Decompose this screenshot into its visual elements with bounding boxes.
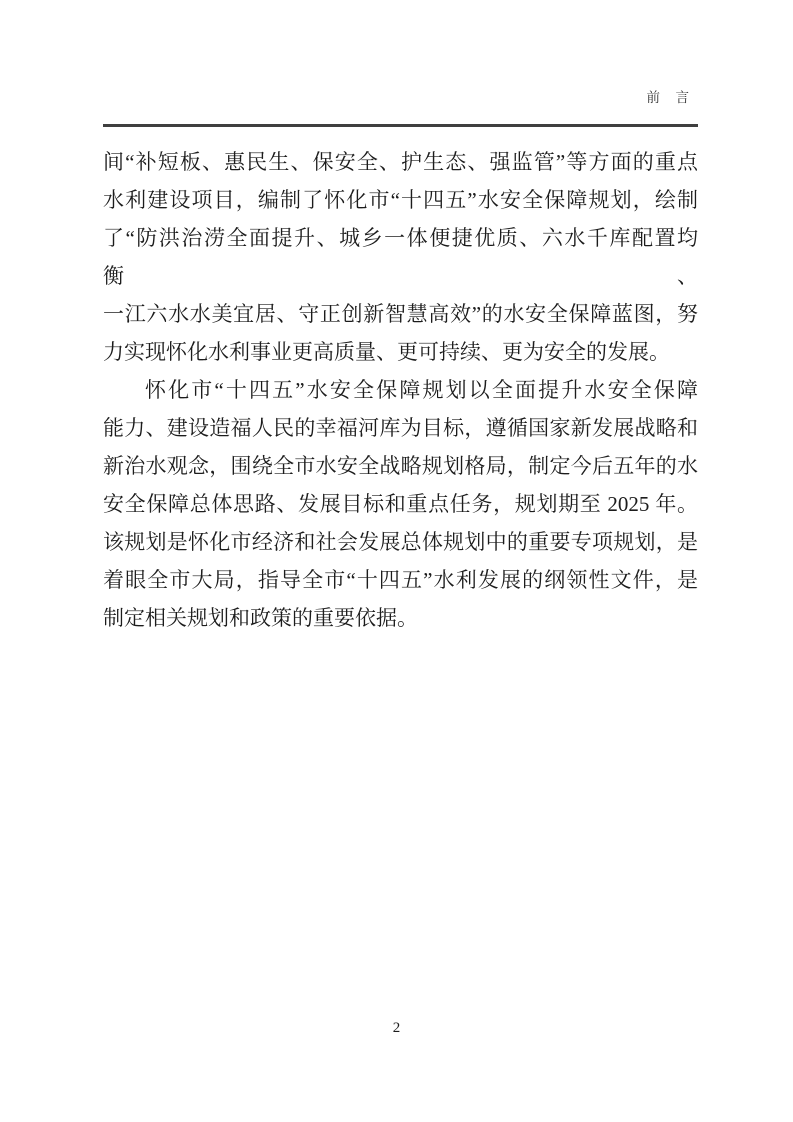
text-line: 了“防洪治涝全面提升、城乡一体便捷优质、六水千库配置均衡、 <box>103 219 698 295</box>
text-line: 该规划是怀化市经济和社会发展总体规划中的重要专项规划，是 <box>103 523 698 561</box>
text-line: 着眼全市大局，指导全市“十四五”水利发展的纲领性文件，是 <box>103 561 698 599</box>
text-line: 力实现怀化水利事业更高质量、更可持续、更为安全的发展。 <box>103 333 698 371</box>
text-line: 制定相关规划和政策的重要依据。 <box>103 599 698 637</box>
page-header-title: 前 言 <box>103 86 690 106</box>
document-page: 前 言 间“补短板、惠民生、保安全、护生态、强监管”等方面的重点 水利建设项目，… <box>0 0 793 1122</box>
header-divider-rule <box>103 124 698 127</box>
text-line: 能力、建设造福人民的幸福河库为目标，遵循国家新发展战略和 <box>103 409 698 447</box>
text-line: 安全保障总体思路、发展目标和重点任务，规划期至 2025 年。 <box>103 485 698 523</box>
page-number: 2 <box>0 1020 793 1037</box>
text-line: 一江六水水美宜居、守正创新智慧高效”的水安全保障蓝图，努 <box>103 295 698 333</box>
document-body: 间“补短板、惠民生、保安全、护生态、强监管”等方面的重点 水利建设项目，编制了怀… <box>103 143 698 637</box>
text-line: 间“补短板、惠民生、保安全、护生态、强监管”等方面的重点 <box>103 143 698 181</box>
text-line: 水利建设项目，编制了怀化市“十四五”水安全保障规划，绘制 <box>103 181 698 219</box>
text-line: 怀化市“十四五”水安全保障规划以全面提升水安全保障 <box>103 371 698 409</box>
text-line: 新治水观念，围绕全市水安全战略规划格局，制定今后五年的水 <box>103 447 698 485</box>
